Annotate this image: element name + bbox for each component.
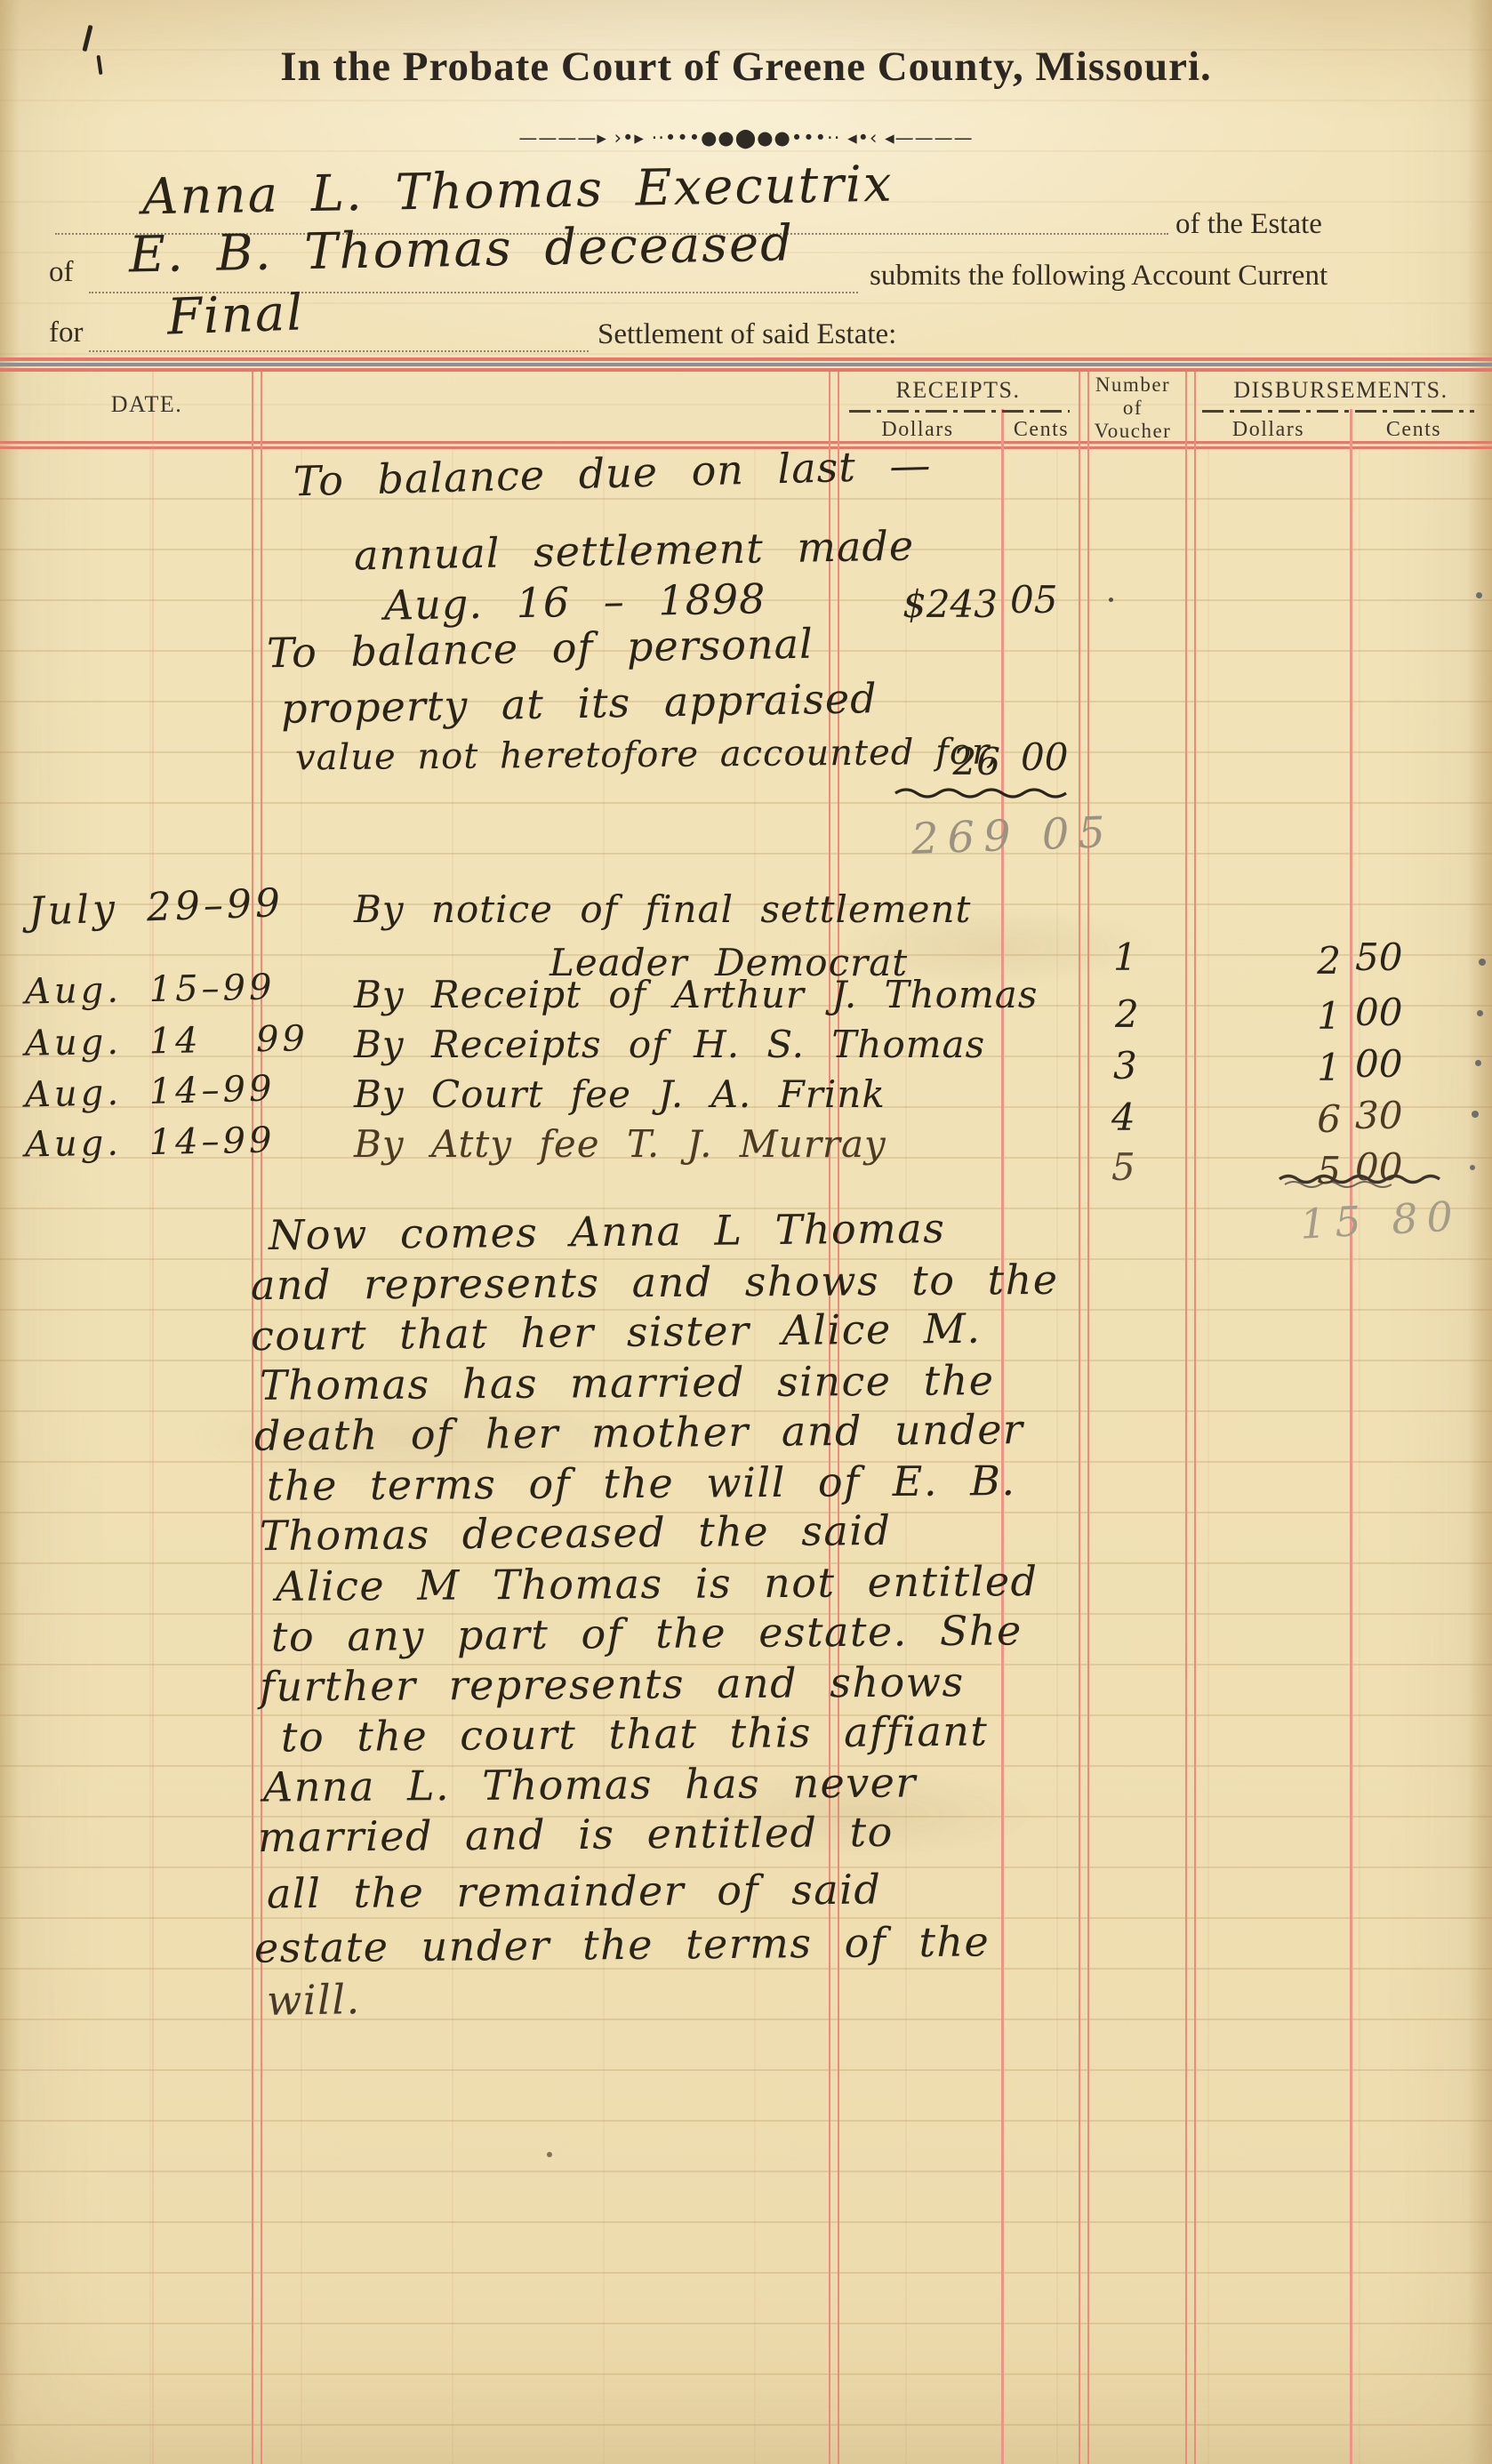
handwritten-decedent: E. B. Thomas deceased xyxy=(128,214,794,284)
column-rule-disb-cents xyxy=(1350,409,1352,2464)
receipt-amount-dollars: $243 xyxy=(855,582,998,626)
disb-dollars-header: Dollars xyxy=(1187,418,1350,442)
row-description: By Receipts of H. S. Thomas xyxy=(354,1023,985,1066)
affidavit-line: to the court that this affiant xyxy=(281,1707,989,1762)
affidavit-line: will. xyxy=(267,1975,362,2025)
row-voucher-number: 2 xyxy=(1115,992,1140,1036)
row-description: By Atty fee T. J. Murray xyxy=(354,1122,886,1166)
voucher-header-line3: Voucher xyxy=(1080,420,1185,443)
receipt-amount-cents: 00 xyxy=(1021,735,1068,779)
row-disb-cents: 30 xyxy=(1355,1094,1402,1137)
row-disb-dollars: 2 xyxy=(1252,939,1341,983)
receipt-amount-cents: 05 xyxy=(1010,578,1057,622)
affidavit-line: the terms of the will of E. B. xyxy=(267,1457,1016,1510)
affidavit-line: Thomas deceased the said xyxy=(260,1506,892,1560)
disbursements-header: DISBURSEMENTS. xyxy=(1190,377,1492,404)
row-disb-cents: 00 xyxy=(1355,1042,1402,1086)
settlement-label: Settlement of said Estate: xyxy=(598,318,896,351)
column-rule-disbursements xyxy=(1185,372,1196,2464)
ink-speck xyxy=(1479,959,1486,966)
row-voucher-number: 4 xyxy=(1111,1096,1136,1139)
row-description: By Court fee J. A. Frink xyxy=(354,1072,886,1116)
affidavit-line: Anna L. Thomas has never xyxy=(263,1758,917,1810)
row-disb-cents: 50 xyxy=(1355,935,1402,979)
row-date: Aug. 15–99 xyxy=(25,967,276,1013)
for-label: for xyxy=(49,317,83,349)
row-voucher-number: 5 xyxy=(1111,1145,1136,1189)
row-voucher-number: 1 xyxy=(1113,935,1138,979)
pencil-disbursements-total: 15 80 xyxy=(1299,1192,1463,1248)
row-description: By Receipt of Arthur J. Thomas xyxy=(354,973,1038,1016)
affidavit-line: estate under the terms of the xyxy=(254,1917,991,1971)
receipt-entry-line: property at its appraised xyxy=(281,674,878,733)
affidavit-line: Thomas has married since the xyxy=(260,1356,995,1409)
receipt-entry-line: annual settlement made xyxy=(354,522,915,580)
wavy-underline xyxy=(894,786,1085,800)
receipts-dollars-header: Dollars xyxy=(834,418,1001,442)
voucher-header-line2: of xyxy=(1080,397,1185,420)
receipts-header: RECEIPTS. xyxy=(836,377,1080,404)
ink-speck xyxy=(1470,1165,1475,1170)
of-label: of xyxy=(49,256,74,289)
ink-speck xyxy=(1109,598,1113,602)
affidavit-line: death of her mother and under xyxy=(254,1405,1024,1460)
affidavit-line: further represents and shows xyxy=(260,1657,965,1711)
handwritten-settlement-type: Final xyxy=(166,284,305,346)
of-the-estate-label: of the Estate xyxy=(1175,208,1322,241)
affidavit-line: court that her sister Alice M. xyxy=(251,1304,982,1360)
row-date: Aug. 14–99 xyxy=(25,1120,276,1166)
row-date: July 29–99 xyxy=(28,880,284,935)
affidavit-line: married and is entitled to xyxy=(258,1808,894,1861)
row-voucher-number: 3 xyxy=(1113,1044,1138,1088)
ink-speck xyxy=(1475,1060,1481,1066)
table-top-rule xyxy=(0,357,1492,372)
affidavit-line: Now comes Anna L Thomas xyxy=(269,1204,946,1259)
dotted-line xyxy=(89,350,589,352)
row-disb-dollars: 1 xyxy=(1252,1046,1341,1089)
ink-speck xyxy=(1472,1111,1479,1118)
row-disb-dollars: 6 xyxy=(1252,1097,1341,1141)
receipts-dash-rule xyxy=(849,410,1070,413)
pencil-receipts-total: 269 05 xyxy=(910,807,1115,864)
row-disb-dollars: 1 xyxy=(1252,994,1341,1038)
row-disb-cents: 00 xyxy=(1355,991,1402,1034)
receipt-amount-dollars: 26 xyxy=(889,740,1000,783)
receipt-entry-line: To balance of personal xyxy=(267,620,814,678)
affidavit-line: all the remainder of said xyxy=(267,1866,882,1918)
ornament-divider-icon: ————▸ ›•▸ ··•••●●⬤●●•••·· ◂•‹ ◂———— xyxy=(0,127,1492,148)
date-column-header: DATE. xyxy=(53,391,240,418)
ink-speck xyxy=(547,2152,552,2157)
affidavit-line: and represents and shows to the xyxy=(251,1256,1059,1309)
affidavit-line: Alice M Thomas is not entitled xyxy=(276,1557,1039,1610)
probate-ledger-page: In the Probate Court of Greene County, M… xyxy=(0,0,1492,2464)
page-title: In the Probate Court of Greene County, M… xyxy=(0,43,1492,91)
disbursements-dash-rule xyxy=(1202,410,1474,413)
voucher-header-line1: Number xyxy=(1080,373,1185,397)
margin-rule xyxy=(152,372,154,2464)
row-date: Aug. 14–99 xyxy=(24,1068,276,1115)
column-rule-voucher xyxy=(1079,372,1089,2464)
ink-speck xyxy=(1476,592,1482,598)
disb-cents-header: Cents xyxy=(1352,418,1476,442)
affidavit-line: to any part of the estate. She xyxy=(271,1606,1023,1660)
row-description: By notice of final settlement xyxy=(354,887,971,931)
ink-speck xyxy=(1477,1010,1483,1016)
wavy-underline-disbursements xyxy=(1278,1174,1442,1188)
receipts-cents-header: Cents xyxy=(1001,418,1081,442)
voucher-column-header: Number of Voucher xyxy=(1080,373,1185,443)
row-date: Aug. 14 99 xyxy=(25,1018,309,1064)
submits-label: submits the following Account Current xyxy=(870,260,1328,293)
